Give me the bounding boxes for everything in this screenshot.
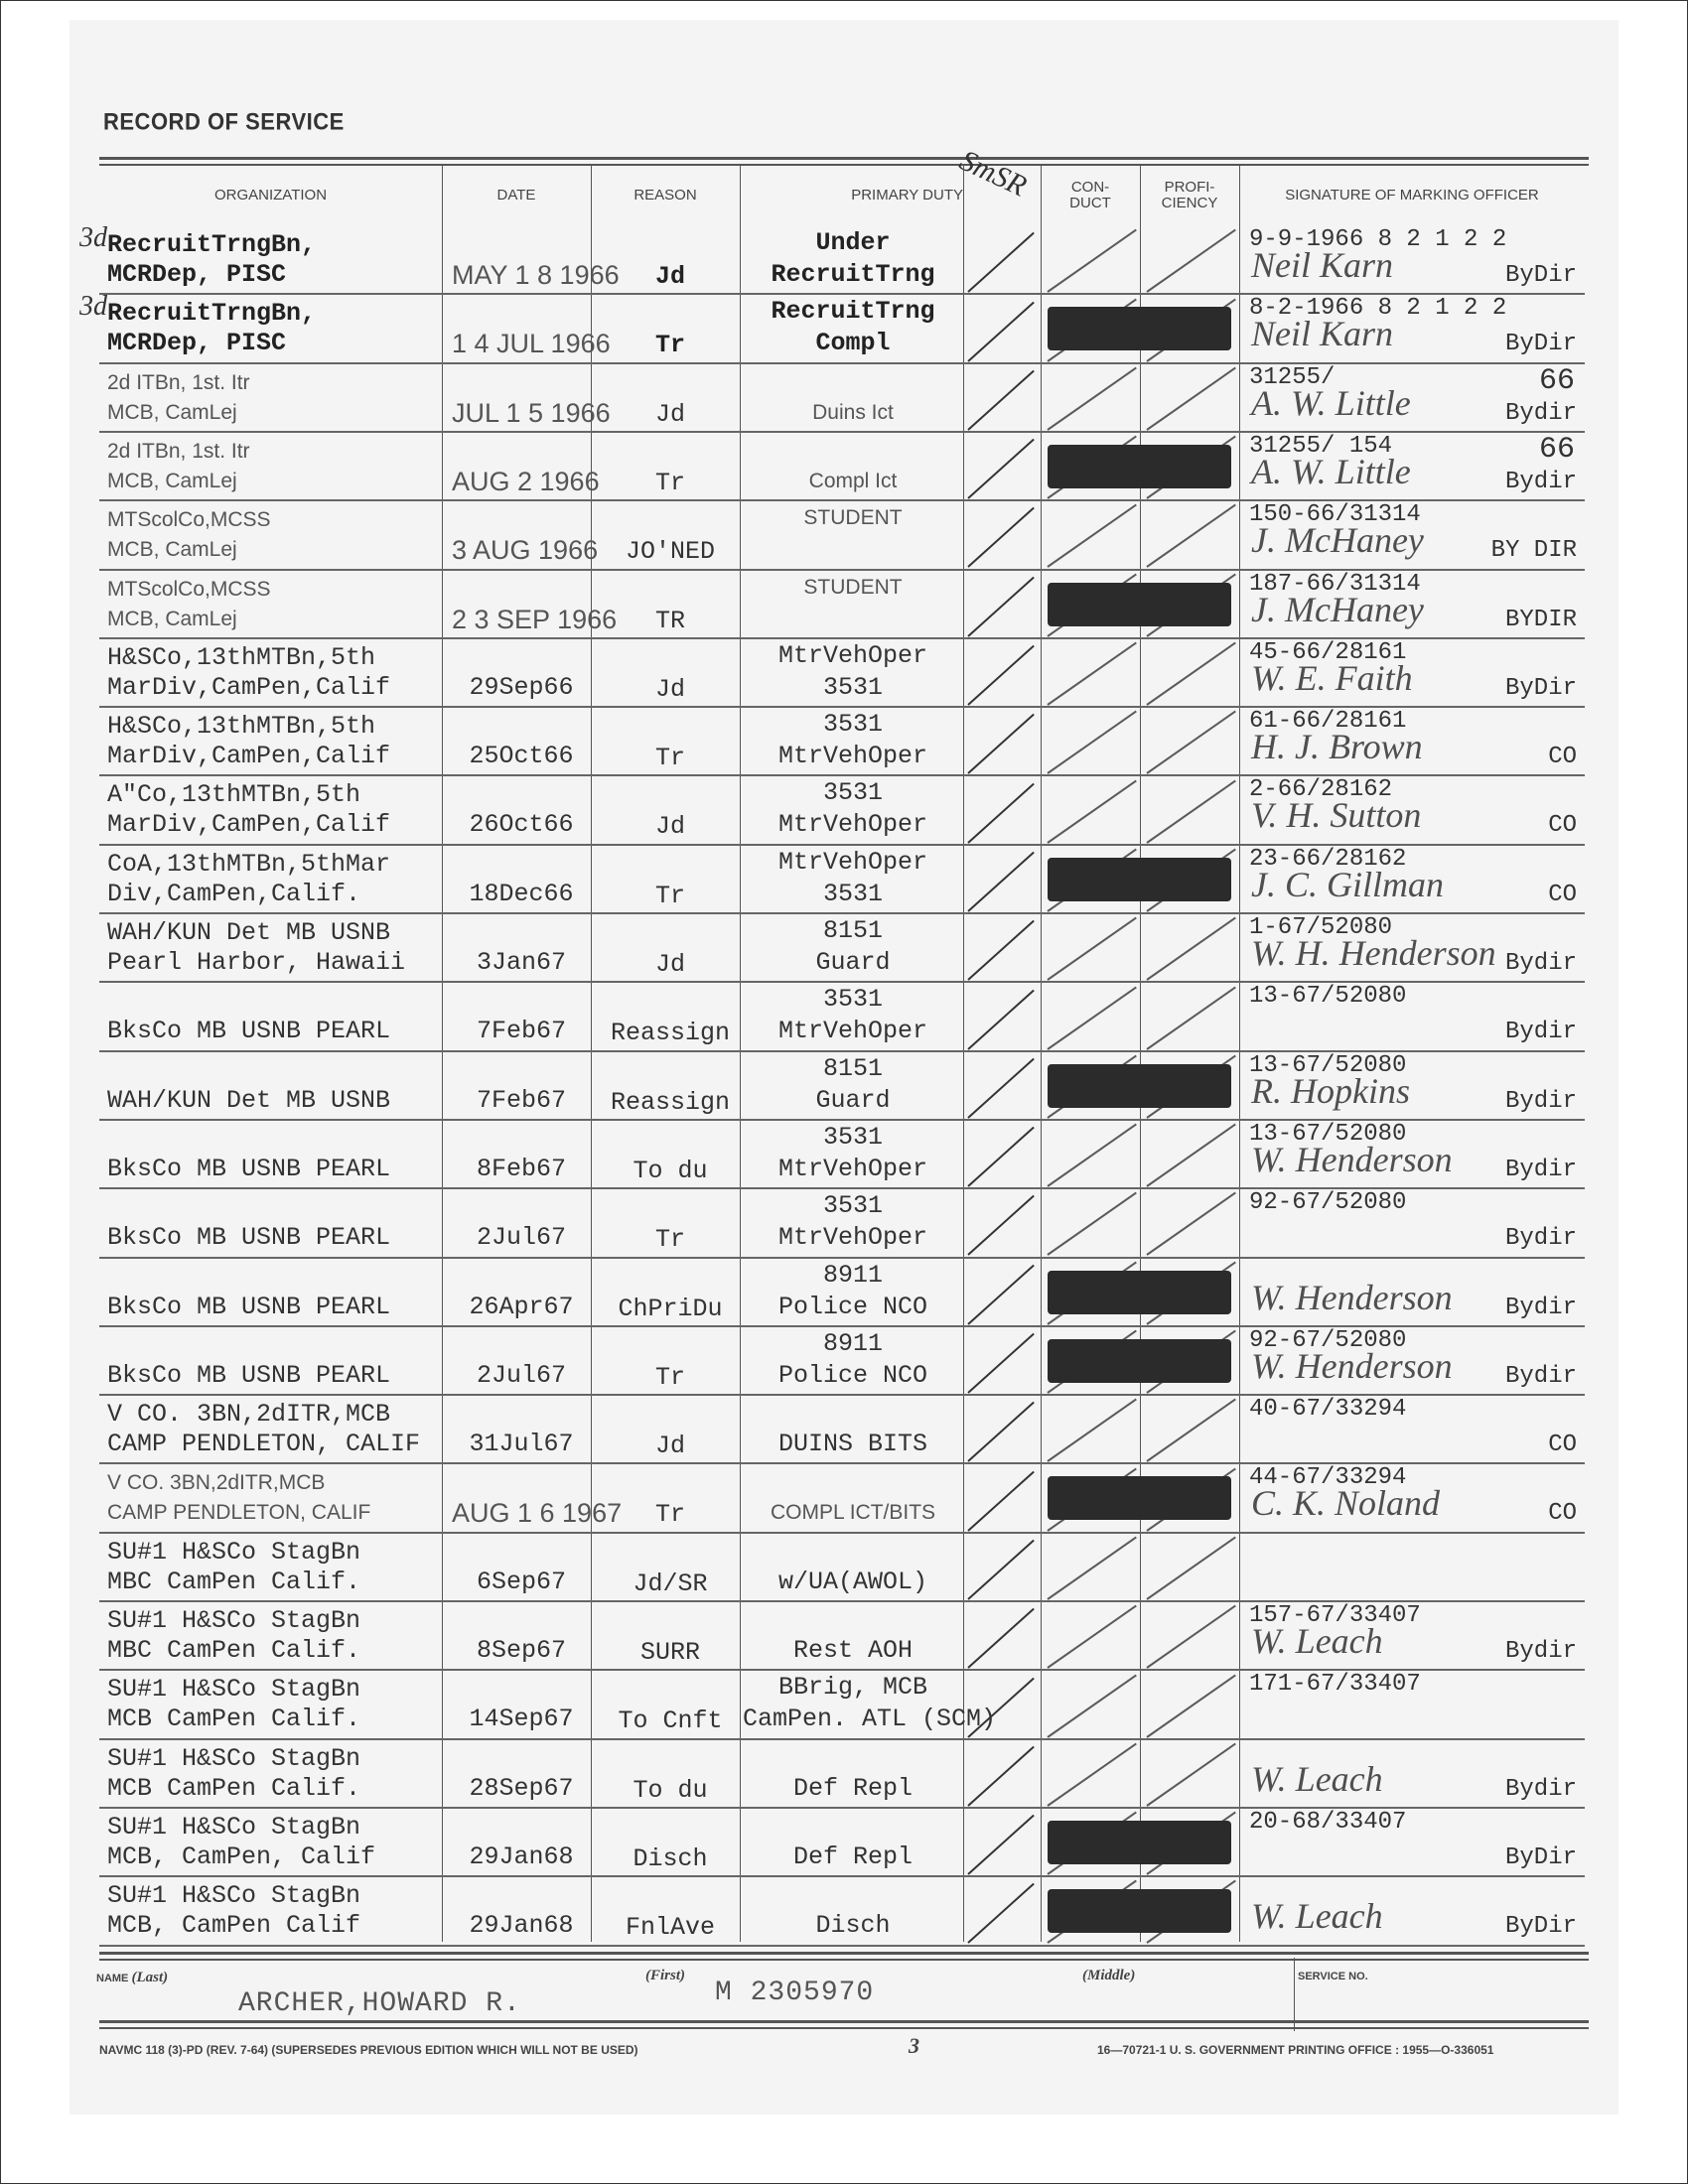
reason-cell: Jd [601, 675, 740, 705]
date-cell: AUG 1 6 1967 [452, 1498, 591, 1528]
organization-line-1: H&SCo,13thMTBn,5th [107, 643, 375, 673]
officer-signature: W. Leach [1251, 1758, 1383, 1800]
organization-line-1: SU#1 H&SCo StagBn [107, 1744, 360, 1774]
organization-line-1: CoA,13thMTBn,5thMar [107, 850, 390, 880]
officer-signature: W. H. Henderson [1251, 932, 1496, 974]
organization-line-2: Pearl Harbor, Hawaii [107, 948, 405, 978]
table-row: 3dRecruitTrngBn,MCRDep, PISCMAY 1 8 1966… [99, 226, 1585, 295]
table-row: WAH/KUN Det MB USNB7Feb67Reassign8151Gua… [99, 1052, 1585, 1121]
authority-label: BYDIR [1505, 607, 1577, 633]
reason-cell: Reassign [601, 1019, 740, 1048]
first-name-label: (First) [645, 1968, 685, 1984]
margin-note: 3d [79, 291, 107, 323]
signature-code: 171-67/33407 [1249, 1671, 1421, 1698]
slash-mark [967, 1745, 1035, 1806]
authority-label: Bydir [1505, 1019, 1577, 1045]
organization-line-2: MarDiv,CamPen,Calif [107, 673, 390, 703]
primary-duty-line-2: MtrVehOper [743, 1223, 963, 1253]
reason-cell: Tr [601, 1363, 740, 1393]
slash-mark [967, 645, 1035, 706]
slash-mark [1146, 1605, 1236, 1669]
slash-mark [967, 1883, 1035, 1944]
slash-mark [1047, 1124, 1137, 1187]
date-cell: 31Jul67 [452, 1430, 591, 1459]
slash-mark [967, 439, 1035, 499]
date-cell: 2Jul67 [452, 1223, 591, 1253]
primary-duty-line-1: 3531 [743, 985, 963, 1015]
primary-duty-line-2: MtrVehOper [743, 1017, 963, 1046]
authority-label: ByDir [1505, 1844, 1577, 1871]
slash-mark [1146, 711, 1236, 774]
primary-duty-line-1: STUDENT [743, 573, 963, 603]
slash-mark [1047, 1536, 1137, 1599]
primary-duty-line-2: Def Repl [743, 1843, 963, 1872]
authority-label: Bydir [1505, 1776, 1577, 1803]
table-row: BksCo MB USNB PEARL7Feb67Reassign3531Mtr… [99, 983, 1585, 1051]
column-header-proficiency: PROFI- CIENCY [1140, 165, 1239, 226]
primary-duty-line-1: 8151 [743, 1054, 963, 1084]
organization-line-2: MCB, CamPen Calif [107, 1911, 360, 1941]
table-row: BksCo MB USNB PEARL8Feb67To du3531MtrVeh… [99, 1121, 1585, 1189]
primary-duty-line-1: 3531 [743, 1123, 963, 1153]
redacted-marks [1048, 445, 1231, 488]
slash-mark [967, 1264, 1035, 1324]
signature-code-year: 66 [1539, 364, 1575, 398]
primary-duty-line-1: 3531 [743, 1191, 963, 1221]
organization-line-1: MTScolCo,MCSS [107, 575, 271, 605]
date-cell: 18Dec66 [452, 880, 591, 909]
redacted-marks [1048, 583, 1231, 626]
date-cell: 29Sep66 [452, 673, 591, 703]
slash-mark [967, 232, 1035, 293]
reason-cell: Tr [601, 331, 740, 360]
slash-mark [967, 1127, 1035, 1187]
slash-mark [1047, 366, 1137, 430]
table-row: BksCo MB USNB PEARL26Apr67ChPriDu8911Pol… [99, 1259, 1585, 1327]
slash-mark [967, 1470, 1035, 1531]
column-header-conduct: CON- DUCT [1041, 165, 1140, 226]
reason-cell: Jd [601, 400, 740, 430]
authority-label: Bydir [1505, 1157, 1577, 1183]
primary-duty-line-1: 8911 [743, 1329, 963, 1359]
primary-duty-line-2: Guard [743, 948, 963, 978]
organization-line-1: 2d ITBn, 1st. Itr [107, 368, 250, 398]
organization-line-1: A"Co,13thMTBn,5th [107, 780, 360, 810]
slash-mark [1146, 779, 1236, 843]
footer-bottom-rule [99, 2020, 1589, 2029]
primary-duty-line-1: MtrVehOper [743, 641, 963, 671]
organization-line-2: MBC CamPen Calif. [107, 1568, 360, 1597]
officer-signature: Neil Karn [1251, 313, 1393, 354]
slash-mark [967, 301, 1035, 361]
table-row: H&SCo,13thMTBn,5thMarDiv,CamPen,Calif25O… [99, 708, 1585, 776]
authority-label: BY DIR [1491, 537, 1577, 564]
table-row: 2d ITBn, 1st. ItrMCB, CamLejJUL 1 5 1966… [99, 364, 1585, 433]
slash-mark [1047, 229, 1137, 293]
officer-signature: W. Leach [1251, 1620, 1383, 1662]
redacted-marks [1048, 1821, 1231, 1864]
column-header-date: DATE [442, 165, 591, 226]
organization-line-2: MCB, CamPen, Calif [107, 1843, 375, 1872]
slash-mark [1146, 1399, 1236, 1462]
redacted-marks [1048, 1271, 1231, 1314]
organization-line-1: H&SCo,13thMTBn,5th [107, 712, 375, 742]
reason-cell: Disch [601, 1844, 740, 1874]
column-header-primary-duty: PRIMARY DUTY [740, 165, 967, 226]
organization-line-2: Div,CamPen,Calif. [107, 880, 360, 909]
date-cell: 3 AUG 1966 [452, 535, 591, 565]
primary-duty-line-1: RecruitTrng [743, 297, 963, 327]
redacted-marks [1048, 1889, 1231, 1933]
table-row: 3dRecruitTrngBn,MCRDep, PISC1 4 JUL 1966… [99, 295, 1585, 363]
primary-duty-line-2: Duins Ict [743, 398, 963, 428]
organization-line-1: WAH/KUN Det MB USNB [107, 918, 390, 948]
table-row: H&SCo,13thMTBn,5thMarDiv,CamPen,Calif29S… [99, 639, 1585, 708]
column-header-reason: REASON [591, 165, 740, 226]
organization-line-1: SU#1 H&SCo StagBn [107, 1675, 360, 1705]
organization-line-1: MTScolCo,MCSS [107, 505, 271, 535]
name-value: ARCHER,HOWARD R. [238, 1988, 521, 2019]
slash-mark [1146, 366, 1236, 430]
authority-label: Bydir [1505, 469, 1577, 495]
date-cell: 2 3 SEP 1966 [452, 605, 591, 634]
primary-duty-line-2: RecruitTrng [743, 260, 963, 290]
slash-mark [967, 1195, 1035, 1256]
date-cell: 29Jan68 [452, 1843, 591, 1872]
organization-line-1: V CO. 3BN,2dITR,MCB [107, 1400, 390, 1430]
slash-mark [1047, 1399, 1137, 1462]
primary-duty-line-1: 3531 [743, 778, 963, 808]
authority-label: CO [1548, 812, 1577, 839]
slash-mark [967, 369, 1035, 430]
primary-duty-line-1: 8151 [743, 916, 963, 946]
organization-line-2: MCRDep, PISC [107, 329, 286, 358]
primary-duty-line-2: Rest AOH [743, 1636, 963, 1666]
authority-label: Bydir [1505, 1638, 1577, 1665]
redacted-marks [1048, 858, 1231, 901]
organization-line-2: MCB CamPen Calif. [107, 1705, 360, 1734]
slash-mark [967, 576, 1035, 636]
table-row: MTScolCo,MCSSMCB, CamLej2 3 SEP 1966TRST… [99, 571, 1585, 639]
organization-line-2: MCRDep, PISC [107, 260, 286, 290]
primary-duty-line-2: Guard [743, 1086, 963, 1116]
slash-mark [1146, 1536, 1236, 1599]
organization-line-2: CAMP PENDLETON, CALIF [107, 1498, 370, 1528]
primary-duty-line-2: 3531 [743, 880, 963, 909]
primary-duty-line-2: 3531 [743, 673, 963, 703]
date-cell: 1 4 JUL 1966 [452, 329, 591, 358]
service-no-label: SERVICE NO. [1298, 1971, 1368, 1982]
reason-cell: Tr [601, 1225, 740, 1255]
slash-mark [1047, 986, 1137, 1049]
table-bottom-rule [99, 1952, 1589, 1961]
table-row: MTScolCo,MCSSMCB, CamLej3 AUG 1966JO'NED… [99, 501, 1585, 570]
reason-cell: To du [601, 1157, 740, 1186]
page-number: 3 [909, 2033, 919, 2059]
slash-mark [1146, 1742, 1236, 1806]
primary-duty-line-2: MtrVehOper [743, 1155, 963, 1184]
slash-mark [1146, 986, 1236, 1049]
authority-label: ByDir [1505, 262, 1577, 289]
middle-name-label: (Middle) [1082, 1968, 1135, 1984]
organization-line-1: SU#1 H&SCo StagBn [107, 1881, 360, 1911]
date-cell: 26Oct66 [452, 810, 591, 840]
form-title: RECORD OF SERVICE [103, 108, 345, 137]
first-label-text: (First) [645, 1968, 685, 1983]
officer-signature: A. W. Little [1251, 382, 1411, 424]
slash-mark [1146, 1674, 1236, 1737]
slash-mark [1047, 1192, 1137, 1256]
table-row: CoA,13thMTBn,5thMarDiv,CamPen,Calif.18De… [99, 846, 1585, 914]
reason-cell: JO'NED [601, 537, 740, 567]
table-row: A"Co,13thMTBn,5thMarDiv,CamPen,Calif26Oc… [99, 776, 1585, 845]
table-row: BksCo MB USNB PEARL2Jul67Tr3531MtrVehOpe… [99, 1189, 1585, 1258]
slash-mark [967, 920, 1035, 981]
slash-mark [1047, 504, 1137, 568]
organization-line-2: BksCo MB USNB PEARL [107, 1361, 390, 1391]
slash-mark [967, 1057, 1035, 1118]
service-number-value: M 2305970 [715, 1978, 874, 2008]
primary-duty-line-2: MtrVehOper [743, 742, 963, 771]
primary-duty-line-1: 8911 [743, 1261, 963, 1291]
signature-code-year: 66 [1539, 433, 1575, 467]
primary-duty-line-2: Compl [743, 329, 963, 358]
signature-code: 40-67/33294 [1249, 1396, 1406, 1423]
slash-mark [1146, 229, 1236, 293]
officer-signature: W. Henderson [1251, 1139, 1453, 1180]
date-cell: 26Apr67 [452, 1293, 591, 1322]
slash-mark [1047, 711, 1137, 774]
primary-duty-line-2: Compl Ict [743, 467, 963, 496]
slash-mark [967, 714, 1035, 774]
table-row: WAH/KUN Det MB USNBPearl Harbor, Hawaii3… [99, 914, 1585, 983]
slash-mark [967, 851, 1035, 911]
table-row: 2d ITBn, 1st. ItrMCB, CamLejAUG 2 1966Tr… [99, 433, 1585, 501]
slash-mark [1047, 917, 1137, 981]
reason-cell: Tr [601, 744, 740, 773]
authority-label: Bydir [1505, 400, 1577, 427]
officer-signature: W. Henderson [1251, 1277, 1453, 1318]
table-row: V CO. 3BN,2dITR,MCBCAMP PENDLETON, CALIF… [99, 1396, 1585, 1464]
organization-line-1: SU#1 H&SCo StagBn [107, 1813, 360, 1843]
table-row: SU#1 H&SCo StagBnMBC CamPen Calif.8Sep67… [99, 1602, 1585, 1671]
authority-label: CO [1548, 882, 1577, 908]
primary-duty-line-1: Under [743, 228, 963, 258]
officer-signature: J. C. Gillman [1251, 864, 1444, 905]
slash-mark [1146, 504, 1236, 568]
reason-cell: Jd [601, 262, 740, 292]
primary-duty-line-1: STUDENT [743, 503, 963, 533]
margin-note: 3d [79, 222, 107, 254]
organization-line-2: BksCo MB USNB PEARL [107, 1223, 390, 1253]
reason-cell: Tr [601, 1500, 740, 1530]
date-cell: MAY 1 8 1966 [452, 260, 591, 290]
organization-line-2: MCB, CamLej [107, 398, 237, 428]
organization-line-2: MCB CamPen Calif. [107, 1774, 360, 1804]
organization-line-1: SU#1 H&SCo StagBn [107, 1538, 360, 1568]
date-cell: 6Sep67 [452, 1568, 591, 1597]
reason-cell: Tr [601, 882, 740, 911]
redacted-marks [1048, 1476, 1231, 1520]
slash-mark [967, 1333, 1035, 1394]
table-row: V CO. 3BN,2dITR,MCBCAMP PENDLETON, CALIF… [99, 1464, 1585, 1533]
reason-cell: SURR [601, 1638, 740, 1668]
authority-label: CO [1548, 744, 1577, 770]
organization-line-2: MCB, CamLej [107, 467, 237, 496]
date-cell: 28Sep67 [452, 1774, 591, 1804]
table-row: SU#1 H&SCo StagBnMBC CamPen Calif.6Sep67… [99, 1534, 1585, 1602]
middle-label-text: (Middle) [1082, 1968, 1135, 1983]
organization-line-1: RecruitTrngBn, [107, 299, 316, 329]
officer-signature: H. J. Brown [1251, 726, 1423, 767]
authority-label: ByDir [1505, 1913, 1577, 1940]
authority-label: ByDir [1505, 331, 1577, 357]
redacted-marks [1048, 307, 1231, 350]
authority-label: Bydir [1505, 1088, 1577, 1115]
organization-line-2: BksCo MB USNB PEARL [107, 1017, 390, 1046]
officer-signature: R. Hopkins [1251, 1070, 1410, 1112]
slash-mark [1146, 917, 1236, 981]
authority-label: Bydir [1505, 1363, 1577, 1390]
name-label: NAME (Last) [96, 1970, 168, 1986]
reason-cell: ChPriDu [601, 1295, 740, 1324]
organization-line-2: MCB, CamLej [107, 605, 237, 634]
organization-line-2: MBC CamPen Calif. [107, 1636, 360, 1666]
organization-line-2: CAMP PENDLETON, CALIF [107, 1430, 420, 1459]
date-cell: 2Jul67 [452, 1361, 591, 1391]
slash-mark [967, 1815, 1035, 1875]
reason-cell: Tr [601, 469, 740, 498]
signature-code: 13-67/52080 [1249, 983, 1406, 1010]
slash-mark [1047, 642, 1137, 706]
column-header-signature: SIGNATURE OF MARKING OFFICER [1239, 165, 1585, 226]
organization-line-2: MarDiv,CamPen,Calif [107, 742, 390, 771]
signature-code: 20-68/33407 [1249, 1809, 1406, 1836]
slash-mark [1146, 1192, 1236, 1256]
reason-cell: Reassign [601, 1088, 740, 1118]
slash-mark [967, 1402, 1035, 1462]
table-row: SU#1 H&SCo StagBnMCB CamPen Calif.28Sep6… [99, 1740, 1585, 1809]
date-cell: 29Jan68 [452, 1911, 591, 1941]
organization-line-1: SU#1 H&SCo StagBn [107, 1606, 360, 1636]
redacted-marks [1048, 1064, 1231, 1108]
officer-signature: W. Henderson [1251, 1345, 1453, 1387]
slash-mark [1047, 779, 1137, 843]
slash-mark [1146, 1124, 1236, 1187]
officer-signature: A. W. Little [1251, 451, 1411, 492]
slash-mark [967, 1539, 1035, 1599]
date-cell: 7Feb67 [452, 1086, 591, 1116]
organization-line-1: RecruitTrngBn, [107, 230, 316, 260]
date-cell: 7Feb67 [452, 1017, 591, 1046]
organization-line-1: 2d ITBn, 1st. Itr [107, 437, 250, 467]
officer-signature: J. McHaney [1251, 589, 1424, 630]
primary-duty-line-1: BBrig, MCB [743, 1673, 963, 1703]
organization-line-2: BksCo MB USNB PEARL [107, 1155, 390, 1184]
date-cell: JUL 1 5 1966 [452, 398, 591, 428]
organization-line-2: MarDiv,CamPen,Calif [107, 810, 390, 840]
date-cell: 14Sep67 [452, 1705, 591, 1734]
name-label-text: NAME [96, 1973, 128, 1984]
authority-label: CO [1548, 1500, 1577, 1527]
reason-cell: Jd [601, 950, 740, 980]
slash-mark [1146, 642, 1236, 706]
primary-duty-line-2: Police NCO [743, 1293, 963, 1322]
officer-signature: V. H. Sutton [1251, 794, 1421, 836]
primary-duty-line-2: MtrVehOper [743, 810, 963, 840]
authority-label: Bydir [1505, 950, 1577, 977]
slash-mark [967, 782, 1035, 843]
slash-mark [967, 1608, 1035, 1669]
slash-mark [1047, 1605, 1137, 1669]
primary-duty-line-2: Disch [743, 1911, 963, 1941]
primary-duty-line-2: Police NCO [743, 1361, 963, 1391]
primary-duty-line-1: MtrVehOper [743, 848, 963, 878]
primary-duty-line-2: Def Repl [743, 1774, 963, 1804]
officer-signature: W. Leach [1251, 1895, 1383, 1937]
reason-cell: To du [601, 1776, 740, 1806]
officer-signature: C. K. Noland [1251, 1482, 1440, 1524]
officer-signature: J. McHaney [1251, 519, 1424, 561]
slash-mark [1047, 1742, 1137, 1806]
date-cell: 8Feb67 [452, 1155, 591, 1184]
primary-duty-line-2: DUINS BITS [743, 1430, 963, 1459]
date-cell: 25Oct66 [452, 742, 591, 771]
officer-signature: Neil Karn [1251, 244, 1393, 286]
authority-label: CO [1548, 1432, 1577, 1458]
date-cell: 8Sep67 [452, 1636, 591, 1666]
reason-cell: To Cnft [601, 1706, 740, 1736]
slash-mark [967, 989, 1035, 1049]
date-cell: AUG 2 1966 [452, 467, 591, 496]
last-name-label: (Last) [131, 1970, 168, 1985]
officer-signature: W. E. Faith [1251, 657, 1413, 699]
reason-cell: FnlAve [601, 1913, 740, 1943]
table-row: SU#1 H&SCo StagBnMCB, CamPen Calif29Jan6… [99, 1877, 1585, 1946]
reason-cell: Jd [601, 812, 740, 842]
reason-cell: Jd [601, 1432, 740, 1461]
organization-line-2: MCB, CamLej [107, 535, 237, 565]
authority-label: ByDir [1505, 675, 1577, 702]
form-number: NAVMC 118 (3)-PD (REV. 7-64) (SUPERSEDES… [99, 2043, 638, 2057]
primary-duty-line-2: COMPL ICT/BITS [743, 1498, 963, 1528]
organization-line-1: V CO. 3BN,2dITR,MCB [107, 1468, 325, 1498]
table-row: BksCo MB USNB PEARL2Jul67Tr8911Police NC… [99, 1327, 1585, 1396]
column-header-organization: ORGANIZATION [99, 165, 442, 226]
authority-label: Bydir [1505, 1295, 1577, 1321]
slash-mark [967, 507, 1035, 568]
printing-office: 16—70721-1 U. S. GOVERNMENT PRINTING OFF… [1097, 2043, 1493, 2057]
redacted-marks [1048, 1339, 1231, 1383]
signature-code: 92-67/52080 [1249, 1189, 1406, 1216]
date-cell: 3Jan67 [452, 948, 591, 978]
reason-cell: Jd/SR [601, 1570, 740, 1599]
primary-duty-line-2: w/UA(AWOL) [743, 1568, 963, 1597]
table-row: SU#1 H&SCo StagBnMCB, CamPen, Calif29Jan… [99, 1809, 1585, 1877]
organization-line-2: BksCo MB USNB PEARL [107, 1293, 390, 1322]
slash-mark [1047, 1674, 1137, 1737]
primary-duty-line-2: CamPen. ATL (SCM) [743, 1705, 963, 1734]
table-row: SU#1 H&SCo StagBnMCB CamPen Calif.14Sep6… [99, 1671, 1585, 1739]
primary-duty-line-1: 3531 [743, 710, 963, 740]
reason-cell: TR [601, 607, 740, 636]
authority-label: Bydir [1505, 1225, 1577, 1252]
organization-line-2: WAH/KUN Det MB USNB [107, 1086, 390, 1116]
